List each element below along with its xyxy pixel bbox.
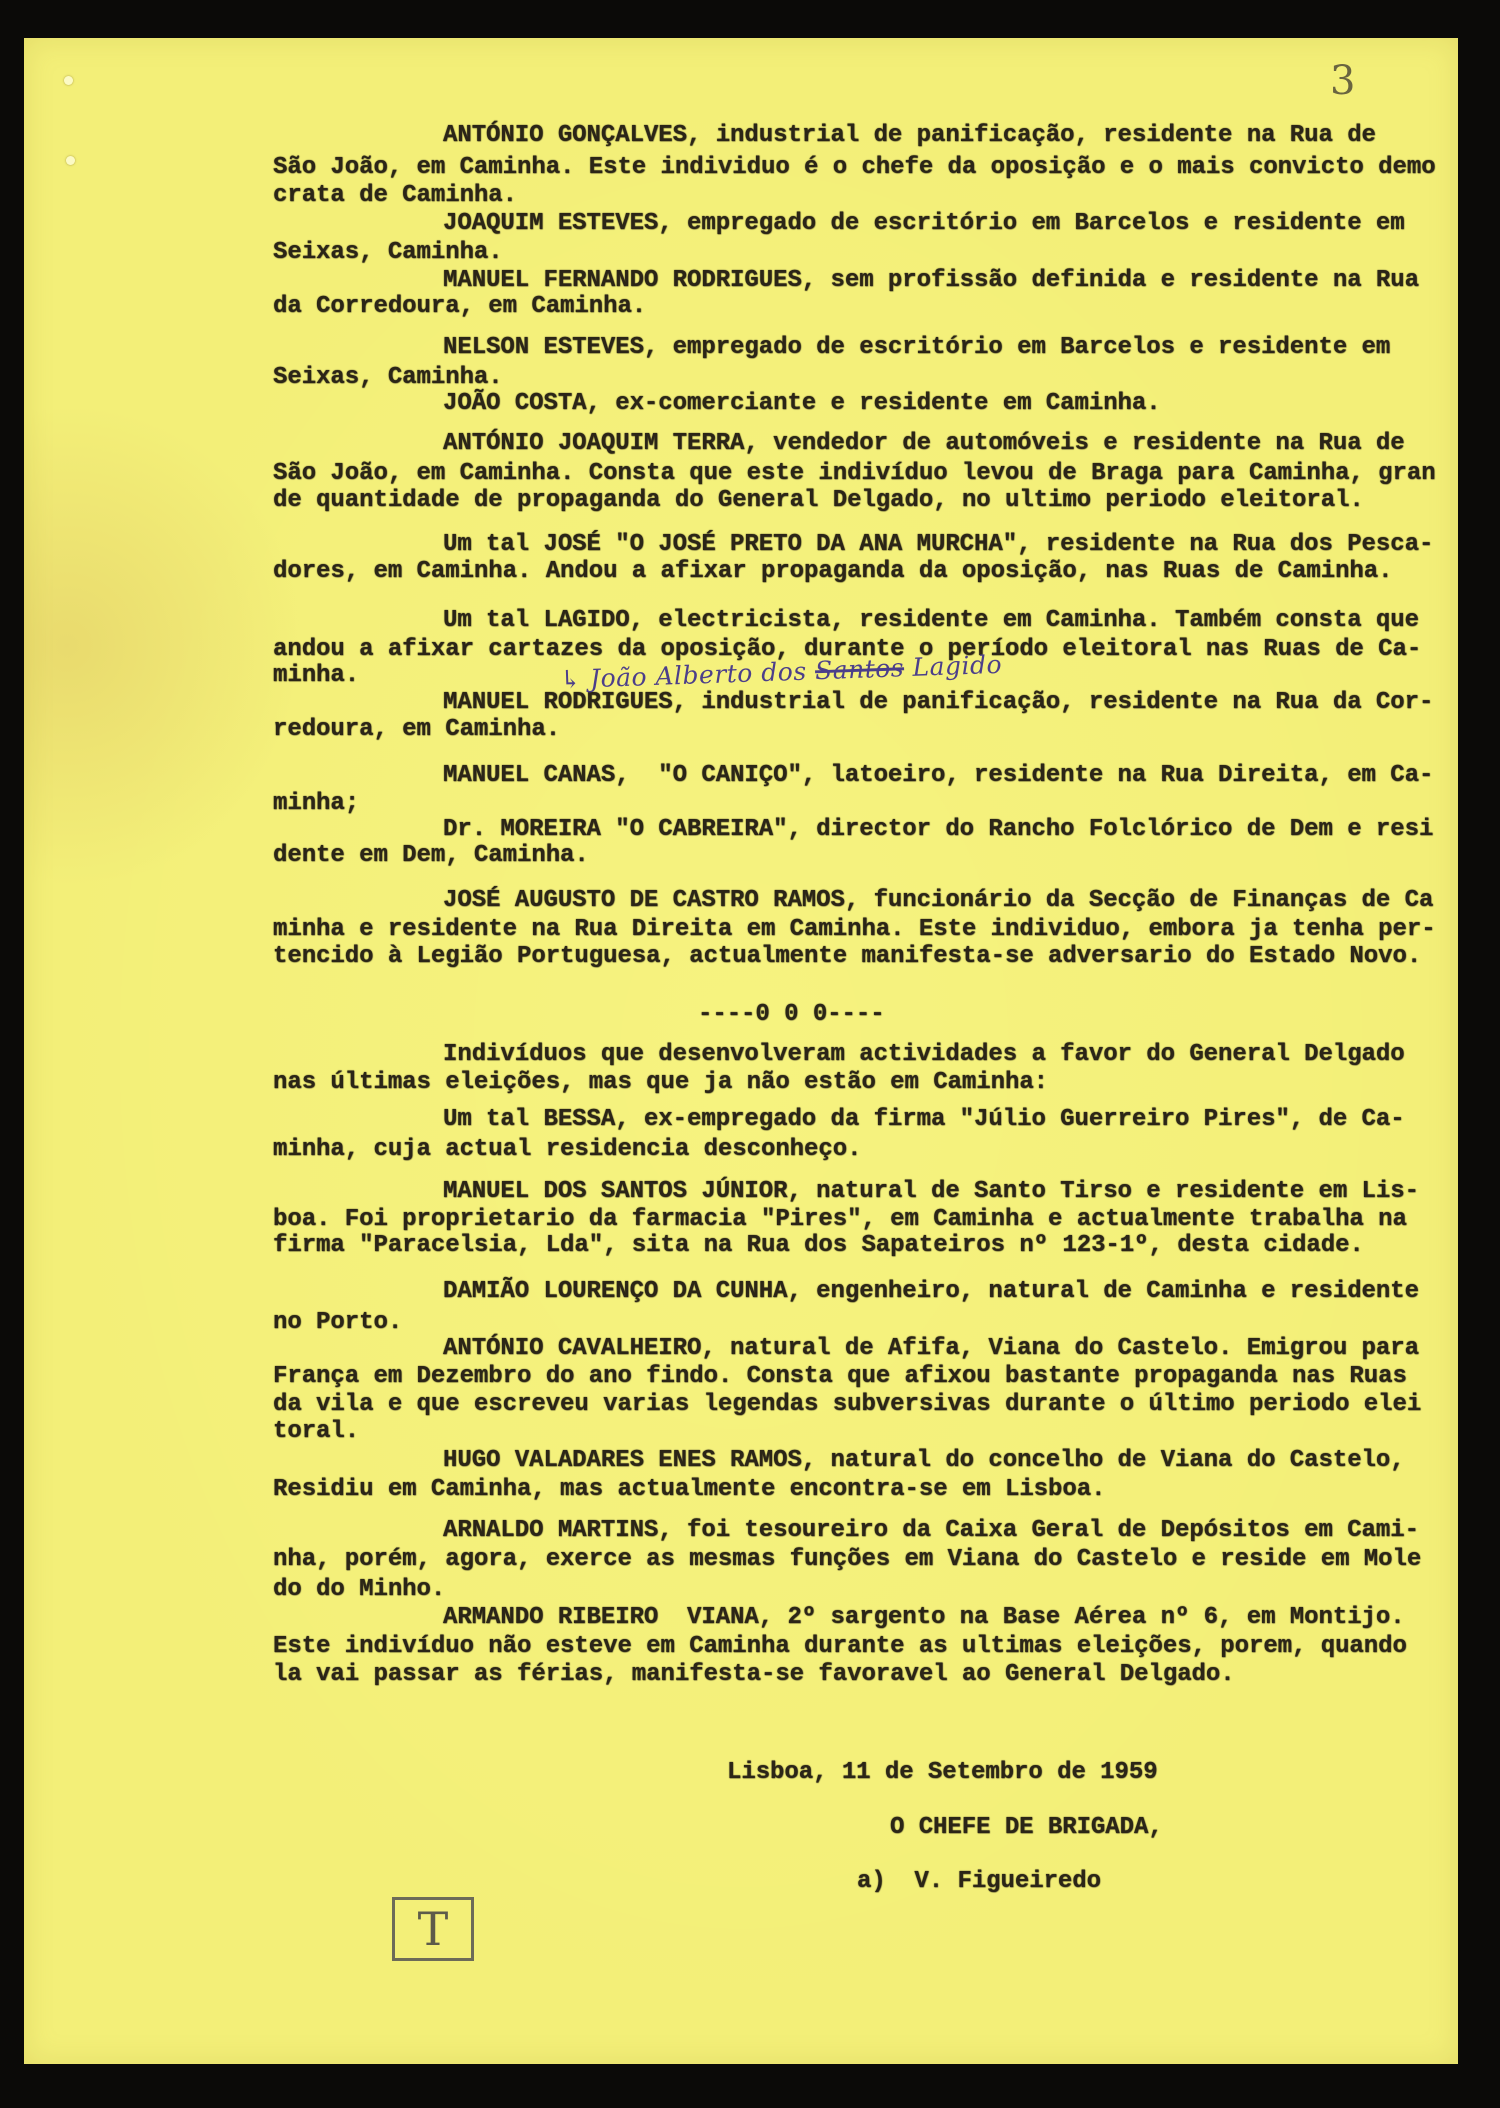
punch-hole: [66, 156, 75, 165]
text-line: minha, cuja actual residencia desconheço…: [273, 1138, 861, 1162]
text-line: São João, em Caminha. Consta que este in…: [273, 462, 1436, 486]
text-line: da Corredoura, em Caminha.: [273, 295, 646, 319]
text-line: Um tal LAGIDO, electricista, residente e…: [443, 609, 1419, 633]
text-line: dente em Dem, Caminha.: [273, 844, 589, 868]
signatory-title: O CHEFE DE BRIGADA,: [890, 1816, 1163, 1840]
place-date: Lisboa, 11 de Setembro de 1959: [727, 1761, 1158, 1785]
text-line: Seixas, Caminha.: [273, 366, 503, 390]
text-line: crata de Caminha.: [273, 184, 517, 208]
text-line: HUGO VALADARES ENES RAMOS, natural do co…: [443, 1449, 1405, 1473]
text-line: DAMIÃO LOURENÇO DA CUNHA, engenheiro, na…: [443, 1280, 1419, 1304]
text-line: França em Dezembro do ano findo. Consta …: [273, 1365, 1407, 1389]
text-line: nha, porém, agora, exerce as mesmas funç…: [273, 1548, 1421, 1572]
arrow-icon: ↳: [560, 664, 582, 694]
text-line: nas últimas eleições, mas que ja não est…: [273, 1071, 1048, 1095]
text-line: ARMANDO RIBEIRO VIANA, 2º sargento na Ba…: [443, 1606, 1405, 1630]
text-line: Este indivíduo não esteve em Caminha dur…: [273, 1635, 1407, 1659]
text-line: boa. Foi proprietario da farmacia "Pires…: [273, 1208, 1407, 1232]
text-line: firma "Paracelsia, Lda", sita na Rua dos…: [273, 1234, 1364, 1258]
text-line: Indivíduos que desenvolveram actividades…: [443, 1043, 1405, 1067]
page-number: 3: [1330, 58, 1355, 104]
text-line: Seixas, Caminha.: [273, 241, 503, 265]
stamp-t-icon: T: [392, 1897, 474, 1961]
punch-hole: [64, 76, 73, 85]
text-line: no Porto.: [273, 1311, 402, 1335]
text-line: Um tal BESSA, ex-empregado da firma "Júl…: [443, 1108, 1405, 1132]
text-line: MANUEL CANAS, "O CANIÇO", latoeiro, resi…: [443, 764, 1433, 788]
text-line: redoura, em Caminha.: [273, 718, 560, 742]
text-line: minha;: [273, 792, 359, 816]
text-line: ANTÓNIO JOAQUIM TERRA, vendedor de autom…: [443, 432, 1405, 456]
text-line: toral.: [273, 1420, 359, 1444]
text-line: do do Minho.: [273, 1578, 445, 1602]
annotation-struck-text: Santos: [815, 653, 905, 685]
text-line: ARNALDO MARTINS, foi tesoureiro da Caixa…: [443, 1519, 1419, 1543]
text-line: JOSÉ AUGUSTO DE CASTRO RAMOS, funcionári…: [443, 889, 1433, 913]
text-line: ANTÓNIO CAVALHEIRO, natural de Afifa, Vi…: [443, 1337, 1419, 1361]
text-line: ----0 0 0----: [698, 1003, 885, 1027]
text-line: dores, em Caminha. Andou a afixar propag…: [273, 560, 1392, 584]
signatory-name: a) V. Figueiredo: [857, 1870, 1101, 1894]
text-line: Um tal JOSÉ "O JOSÉ PRETO DA ANA MURCHA"…: [443, 533, 1433, 557]
text-line: São João, em Caminha. Este individuo é o…: [273, 156, 1436, 180]
text-line: ANTÓNIO GONÇALVES, industrial de panific…: [443, 124, 1376, 148]
text-line: la vai passar as férias, manifesta-se fa…: [273, 1663, 1235, 1687]
text-line: minha e residente na Rua Direita em Cami…: [273, 918, 1436, 942]
annotation-text-after: Lagido: [904, 650, 1003, 682]
text-line: Residiu em Caminha, mas actualmente enco…: [273, 1478, 1105, 1502]
text-line: tencido à Legião Portuguesa, actualmente…: [273, 945, 1421, 969]
text-line: MANUEL RODRIGUES, industrial de panifica…: [443, 691, 1433, 715]
stamp-letter: T: [418, 1906, 449, 1952]
text-line: NELSON ESTEVES, empregado de escritório …: [443, 336, 1390, 360]
text-line: MANUEL FERNANDO RODRIGUES, sem profissão…: [443, 269, 1419, 293]
text-line: Dr. MOREIRA "O CABREIRA", director do Ra…: [443, 818, 1433, 842]
text-line: MANUEL DOS SANTOS JÚNIOR, natural de San…: [443, 1180, 1419, 1204]
text-line: da vila e que escreveu varias legendas s…: [273, 1393, 1421, 1417]
text-line: de quantidade de propaganda do General D…: [273, 489, 1364, 513]
text-line: JOÃO COSTA, ex-comerciante e residente e…: [443, 392, 1161, 416]
text-line: minha.: [273, 664, 359, 688]
text-line: JOAQUIM ESTEVES, empregado de escritório…: [443, 212, 1405, 236]
